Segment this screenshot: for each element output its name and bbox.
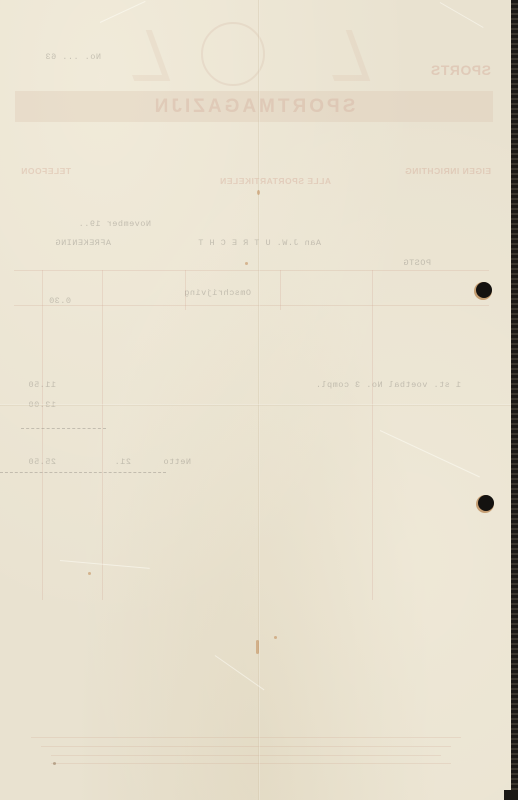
stain: [257, 190, 260, 195]
punch-hole-bottom: [478, 495, 494, 511]
table-header-rule: [14, 305, 489, 306]
table-col-divider: [102, 270, 103, 600]
date-line: November 19..: [78, 219, 151, 229]
footer-print-line: [51, 763, 451, 764]
total-rule: [0, 472, 166, 473]
column-header: Omschrijving: [184, 288, 251, 298]
address-right: TELEFOON: [21, 166, 71, 176]
postg-line: POSTG: [403, 258, 431, 268]
sports-figure-left-graphic: [316, 30, 371, 81]
brand-small: SPORTS: [430, 62, 491, 78]
amount-cell: 0.30: [49, 296, 71, 306]
vertical-fold: [258, 0, 260, 800]
invoice-number: No. ... 63: [45, 52, 101, 62]
stain: [274, 636, 277, 639]
netto-value: 21.: [114, 457, 131, 467]
table-top-rule: [14, 270, 489, 271]
table-col-divider: [42, 270, 43, 600]
footer-print-line: [41, 746, 451, 747]
punch-hole-top: [476, 282, 492, 298]
table-col-divider: [280, 270, 281, 310]
brand-banner-text: SPORTMAGAZIJN: [26, 96, 481, 118]
subject-line: AFREKENING: [55, 238, 111, 248]
footer-print-line: [51, 755, 441, 756]
stain: [256, 640, 259, 654]
bleed-through-layer: No. ... 63 SPORTS SPORTMAGAZIJN EIGEN IN…: [0, 0, 511, 800]
total-amount: 25.50: [28, 457, 56, 467]
sports-figure-right-graphic: [116, 30, 171, 81]
footer-print-line: [31, 737, 461, 738]
stain: [88, 572, 91, 575]
stain: [53, 762, 56, 765]
stain: [245, 262, 248, 265]
item-amount: 11.50: [28, 380, 56, 390]
item-description: 1 st. voetbal No. 3 compl.: [315, 380, 461, 390]
table-col-divider: [372, 270, 373, 600]
address-left: EIGEN INRICHTING: [405, 166, 491, 176]
sum-rule: [21, 428, 106, 429]
horizontal-fold: [0, 404, 511, 406]
address-center: ALLE SPORTARTIKELEN: [220, 176, 331, 186]
logo-circle-graphic: [201, 22, 265, 86]
document-sheet: No. ... 63 SPORTS SPORTMAGAZIJN EIGEN IN…: [0, 0, 511, 800]
netto-label: Netto: [163, 457, 191, 467]
perforated-edge: [511, 0, 518, 800]
scan-corner: [504, 790, 518, 800]
